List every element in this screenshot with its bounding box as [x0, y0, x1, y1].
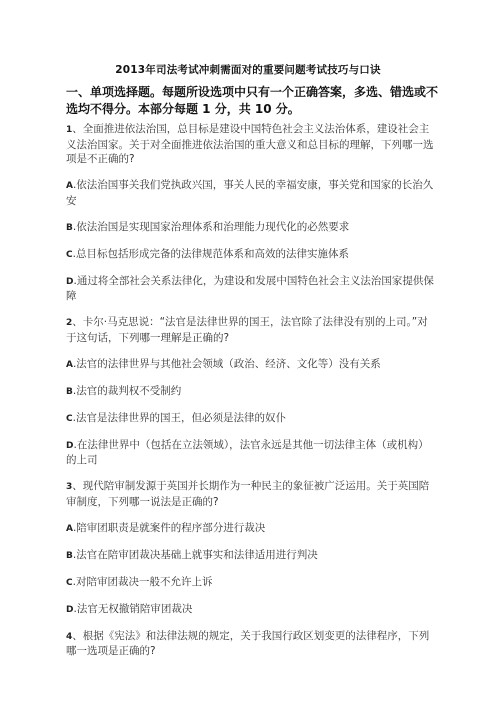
- option-text: .对陪审团裁决一般不允许上诉: [73, 576, 213, 588]
- questions-list: 1、全面推进依法治国，总目标是建设中国特色社会主义法治体系，建设社会主义法治国家…: [66, 122, 438, 670]
- option-text: .法官的法律世界与其他社会领域（政治、经济、文化等）没有关系: [73, 358, 381, 370]
- question-2-option-d: D.在法律世界中（包括在立法领域），法官永远是其他一切法律主体（或机构）的上司: [66, 438, 438, 468]
- question-3-option-a: A.陪审团职责是就案件的程序部分进行裁决: [66, 521, 438, 537]
- document-page: 2013年司法考试冲刺需面对的重要问题考试技巧与口诀 一、单项选择题。每题所设选…: [0, 0, 496, 702]
- question-1-option-d: D.通过将全部社会关系法律化，为建设和发展中国特色社会主义法治国家提供保障: [66, 274, 438, 304]
- question-2-option-c: C.法官是法律世界的国王，但必须是法律的奴仆: [66, 411, 438, 427]
- option-text: .通过将全部社会关系法律化，为建设和发展中国特色社会主义法治国家提供保障: [66, 275, 434, 303]
- question-3-stem: 3、现代陪审制发源于英国并长期作为一种民主的象征被广泛运用。关于英国陪审制度，下…: [66, 479, 438, 509]
- question-1-option-c: C.总目标包括形成完备的法律规范体系和高效的法律实施体系: [66, 247, 438, 263]
- question-2-option-a: A.法官的法律世界与其他社会领域（政治、经济、文化等）没有关系: [66, 357, 438, 373]
- option-text: .法官无权撤销陪审团裁决: [73, 603, 192, 615]
- question-1-stem: 1、全面推进依法治国，总目标是建设中国特色社会主义法治体系，建设社会主义法治国家…: [66, 122, 438, 167]
- option-label: C: [66, 578, 73, 588]
- option-text: .在法律世界中（包括在立法领域），法官永远是其他一切法律主体（或机构）的上司: [66, 439, 429, 467]
- question-2-stem: 2、卡尔·马克思说：“法官是法律世界的国王，法官除了法律没有别的上司。”对于这句…: [66, 315, 438, 345]
- option-label: A: [66, 181, 73, 191]
- question-3-option-d: D.法官无权撤销陪审团裁决: [66, 602, 438, 618]
- question-2-option-b: B.法官的裁判权不受制约: [66, 384, 438, 400]
- question-text: 、全面推进依法治国，总目标是建设中国特色社会主义法治体系，建设社会主义法治国家。…: [66, 123, 434, 165]
- question-1-option-a: A.依法治国事关我们党执政兴国，事关人民的幸福安康，事关党和国家的长治久安: [66, 178, 438, 208]
- option-label: C: [66, 414, 73, 424]
- option-label: B: [66, 551, 73, 561]
- question-text: 、现代陪审制发源于英国并长期作为一种民主的象征被广泛运用。关于英国陪审制度，下列…: [66, 480, 429, 508]
- question-text: 、根据《宪法》和法律法规的规定，关于我国行政区划变更的法律程序，下列哪一选项是正…: [66, 630, 429, 658]
- option-text: .陪审团职责是就案件的程序部分进行裁决: [73, 522, 265, 534]
- option-label: B: [66, 223, 73, 233]
- document-title: 2013年司法考试冲刺需面对的重要问题考试技巧与口诀: [0, 62, 496, 77]
- option-text: .依法治国是实现国家治理体系和治理能力现代化的必然要求: [73, 221, 349, 233]
- option-label: B: [66, 387, 73, 397]
- option-text: .依法治国事关我们党执政兴国，事关人民的幸福安康，事关党和国家的长治久安: [66, 179, 433, 207]
- option-label: C: [66, 250, 73, 260]
- section-header: 一、单项选择题。每题所设选项中只有一个正确答案，多选、错选或不选均不得分。本部分…: [66, 84, 438, 118]
- question-1-option-b: B.依法治国是实现国家治理体系和治理能力现代化的必然要求: [66, 220, 438, 236]
- option-text: .法官在陪审团裁决基础上就事实和法律适用进行判决: [73, 549, 318, 561]
- question-text: 、卡尔·马克思说：“法官是法律世界的国王，法官除了法律没有别的上司。”对于这句话…: [66, 316, 428, 344]
- question-3-option-b: B.法官在陪审团裁决基础上就事实和法律适用进行判决: [66, 548, 438, 564]
- option-text: .法官的裁判权不受制约: [73, 385, 181, 397]
- question-3-option-c: C.对陪审团裁决一般不允许上诉: [66, 575, 438, 591]
- option-text: .总目标包括形成完备的法律规范体系和高效的法律实施体系: [73, 248, 349, 260]
- option-label: A: [66, 524, 73, 534]
- question-4-stem: 4、根据《宪法》和法律法规的规定，关于我国行政区划变更的法律程序，下列哪一选项是…: [66, 629, 438, 659]
- option-label: A: [66, 360, 73, 370]
- option-text: .法官是法律世界的国王，但必须是法律的奴仆: [73, 412, 286, 424]
